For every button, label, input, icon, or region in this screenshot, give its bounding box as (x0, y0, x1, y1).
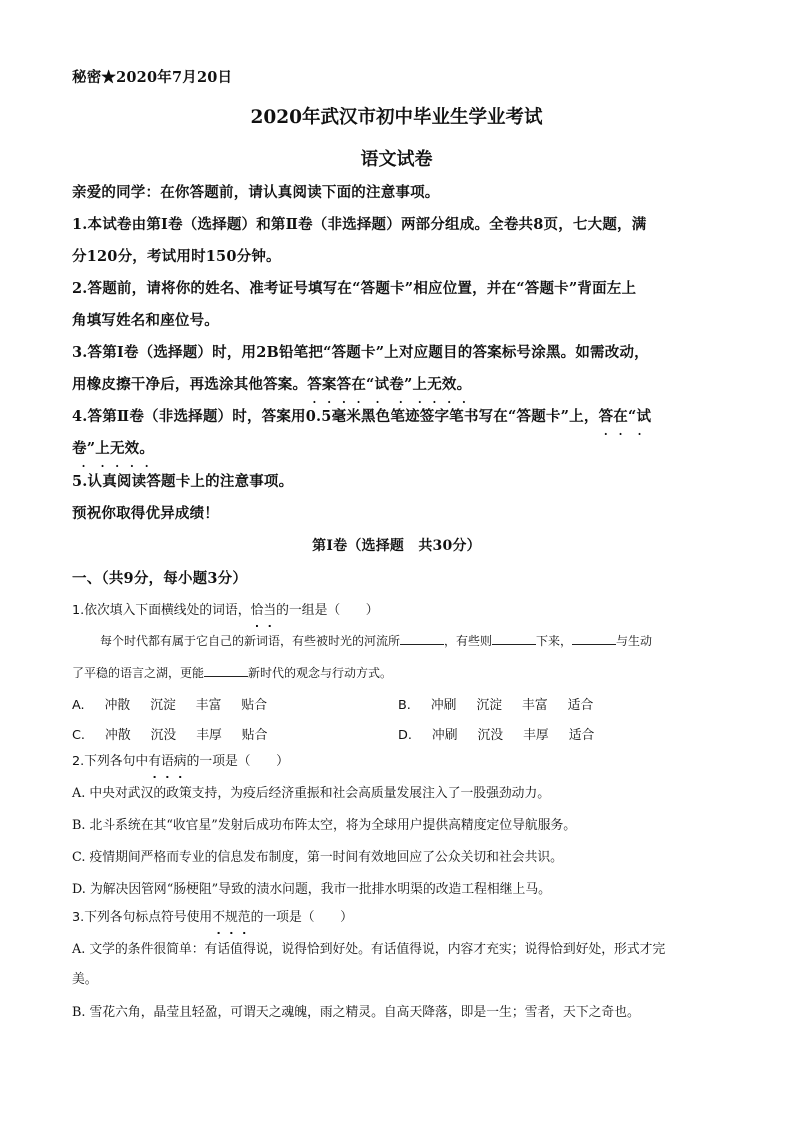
part-heading: 一、（共9分，每小题3分） (72, 567, 247, 588)
question-stem-text: 的一项是（ ） (187, 754, 289, 769)
option-word: 沉淀 (476, 698, 502, 713)
passage-text: 了平稳的语言之湖，更能 (72, 666, 204, 680)
question-1-option-c: C.冲散沉没丰厚贴合 (72, 724, 287, 743)
question-1-stem: 1.依次填入下面横线处的词语，恰当的一组是（ ） (72, 599, 379, 618)
option-word: 丰富 (522, 698, 548, 713)
question-stem-text: 2.下列各句中 (72, 754, 148, 769)
notice-item-2-line-2: 角填写姓名和座位号。 (72, 309, 219, 330)
emphasis-char: 病 (174, 750, 187, 769)
option-word: 贴合 (242, 728, 268, 743)
emphasis-char: 规 (225, 906, 238, 925)
question-2-stem: 2.下列各句中有语病的一项是（ ） (72, 750, 289, 769)
passage-text: 每个时代都有属于它自己的新词语，有些被时光的河流所 (100, 634, 400, 648)
question-1-option-b: B.冲刷沉淀丰富适合 (398, 694, 613, 713)
exam-title: 2020年武汉市初中毕业生学业考试 (0, 103, 793, 129)
emphasis-char: “试 (366, 373, 389, 394)
emphasis-char: 效 (125, 437, 140, 458)
fill-blank (572, 632, 616, 645)
emphasis-char: 答 (337, 373, 352, 394)
notice-item-1-line-2: 分120分，考试用时150分钟。 (72, 245, 281, 266)
emphasis-char: 卷” (389, 373, 412, 394)
notice-item-4-text: 4.答第Ⅱ卷（非选择题）时，答案用0.5毫米黑色笔迹签字笔书写在“答题卡”上， (72, 408, 599, 425)
emphasis-char: 当 (263, 599, 276, 618)
exam-subtitle: 语文试卷 (0, 145, 793, 171)
passage-text: ，有些则 (444, 634, 492, 648)
emphasis-char: 语 (161, 750, 174, 769)
question-2-option-b: B. 北斗系统在其“收官星”发射后成功布阵太空，将为全球用户提供高精度定位导航服… (72, 814, 576, 833)
question-stem-text: 1.依次填入下面横线处的词语， (72, 603, 251, 618)
question-1-passage-line-2: 了平稳的语言之湖，更能新时代的观念与行动方式。 (72, 664, 392, 681)
option-label: A. (72, 698, 85, 713)
question-3-option-b: B. 雪花六角，晶莹且轻盈，可谓天之魂魄，雨之精灵。自高天降落，即是一生；雪者，… (72, 1001, 640, 1020)
exam-page: 秘密★2020年7月20日 2020年武汉市初中毕业生学业考试 语文试卷 亲爱的… (0, 0, 793, 1122)
option-word: 沉没 (151, 728, 177, 743)
emphasis-char: 上 (95, 437, 110, 458)
passage-text: 下来， (536, 634, 572, 648)
option-word: 适合 (568, 698, 594, 713)
fill-blank (204, 664, 248, 677)
emphasis-char: 范 (238, 906, 251, 925)
notice-wish: 预祝你取得优异成绩！ (72, 502, 219, 523)
emphasis-char: 效 (442, 373, 457, 394)
emphasis-char: 。 (139, 437, 154, 458)
question-3-option-a-line-1: A. 文学的条件很简单：有话值得说，说得恰到好处。有话值得说，内容才充实；说得恰… (72, 938, 665, 957)
question-1-option-d: D.冲刷沉没丰厚适合 (398, 724, 614, 743)
secret-date-label: 秘密★2020年7月20日 (72, 66, 232, 87)
emphasis-char: 不 (212, 906, 225, 925)
question-1-option-a: A.冲散沉淀丰富贴合 (72, 694, 287, 713)
option-label: C. (72, 728, 85, 743)
passage-text: 与生动 (616, 634, 652, 648)
emphasis-char: 无 (110, 437, 125, 458)
question-2-option-a: A. 中央对武汉的政策支持，为疫后经济重振和社会高质量发展注入了一股强劲动力。 (72, 782, 550, 801)
question-2-option-d: D. 为解决因管网“肠梗阻”导致的渍水问题，我市一批排水明渠的改造工程相继上马。 (72, 878, 551, 897)
question-stem-text: 3.下列各句标点符号使用 (72, 910, 212, 925)
option-word: 冲刷 (432, 728, 458, 743)
notice-item-3-text: 用橡皮擦干净后，再选涂其他答案。 (72, 376, 307, 393)
section-title: 第Ⅰ卷（选择题 共30分） (0, 535, 793, 555)
option-label: D. (398, 728, 412, 743)
passage-text: 新时代的观念与行动方式。 (248, 666, 392, 680)
option-word: 丰厚 (523, 728, 549, 743)
option-word: 丰厚 (196, 728, 222, 743)
emphasis-char: 恰 (251, 599, 264, 618)
notice-item-3-line-2: 用橡皮擦干净后，再选涂其他答案。答案答在“试卷”上无效。 (72, 373, 471, 394)
notice-intro: 亲爱的同学：在你答题前，请认真阅读下面的注意事项。 (72, 181, 440, 202)
option-word: 丰富 (196, 698, 222, 713)
option-word: 贴合 (241, 698, 267, 713)
emphasis-char: 有 (148, 750, 161, 769)
option-word: 沉淀 (150, 698, 176, 713)
emphasis-char: 无 (427, 373, 442, 394)
question-stem-text: 的一项是（ ） (251, 910, 353, 925)
fill-blank (492, 632, 536, 645)
question-1-passage-line-1: 每个时代都有属于它自己的新词语，有些被时光的河流所，有些则下来，与生动 (100, 632, 652, 649)
notice-item-1-line-1: 1.本试卷由第Ⅰ卷（选择题）和第Ⅱ卷（非选择题）两部分组成。全卷共8页，七大题，… (72, 213, 646, 234)
emphasis-char: 卷” (72, 437, 95, 458)
option-word: 适合 (569, 728, 595, 743)
emphasis-char: 在 (351, 373, 366, 394)
emphasis-char: 答 (307, 373, 322, 394)
emphasis-char: “试 (628, 405, 651, 426)
emphasis-char: 上 (413, 373, 428, 394)
notice-item-5: 5.认真阅读答题卡上的注意事项。 (72, 470, 293, 491)
notice-item-3-line-1: 3.答第Ⅰ卷（选择题）时，用2B铅笔把“答题卡”上对应题目的答案标号涂黑。如需改… (72, 341, 649, 362)
fill-blank (400, 632, 444, 645)
emphasis-char: 案 (322, 373, 337, 394)
option-word: 沉没 (478, 728, 504, 743)
question-3-stem: 3.下列各句标点符号使用不规范的一项是（ ） (72, 906, 353, 925)
question-stem-text: 的一组是（ ） (276, 603, 378, 618)
option-word: 冲刷 (431, 698, 457, 713)
option-label: B. (398, 698, 411, 713)
option-word: 冲散 (105, 698, 131, 713)
question-2-option-c: C. 疫情期间严格而专业的信息发布制度，第一时间有效地回应了公众关切和社会共识。 (72, 846, 563, 865)
notice-item-4-line-1: 4.答第Ⅱ卷（非选择题）时，答案用0.5毫米黑色笔迹签字笔书写在“答题卡”上，答… (72, 405, 651, 426)
emphasis-char: 。 (457, 373, 472, 394)
notice-item-4-line-2: 卷”上无效。 (72, 437, 154, 458)
emphasis-char: 在 (613, 405, 628, 426)
notice-item-2-line-1: 2.答题前，请将你的姓名、准考证号填写在“答题卡”相应位置，并在“答题卡”背面左… (72, 277, 636, 298)
question-3-option-a-line-2: 美。 (72, 968, 98, 987)
emphasis-char: 答 (599, 405, 614, 426)
option-word: 冲散 (105, 728, 131, 743)
